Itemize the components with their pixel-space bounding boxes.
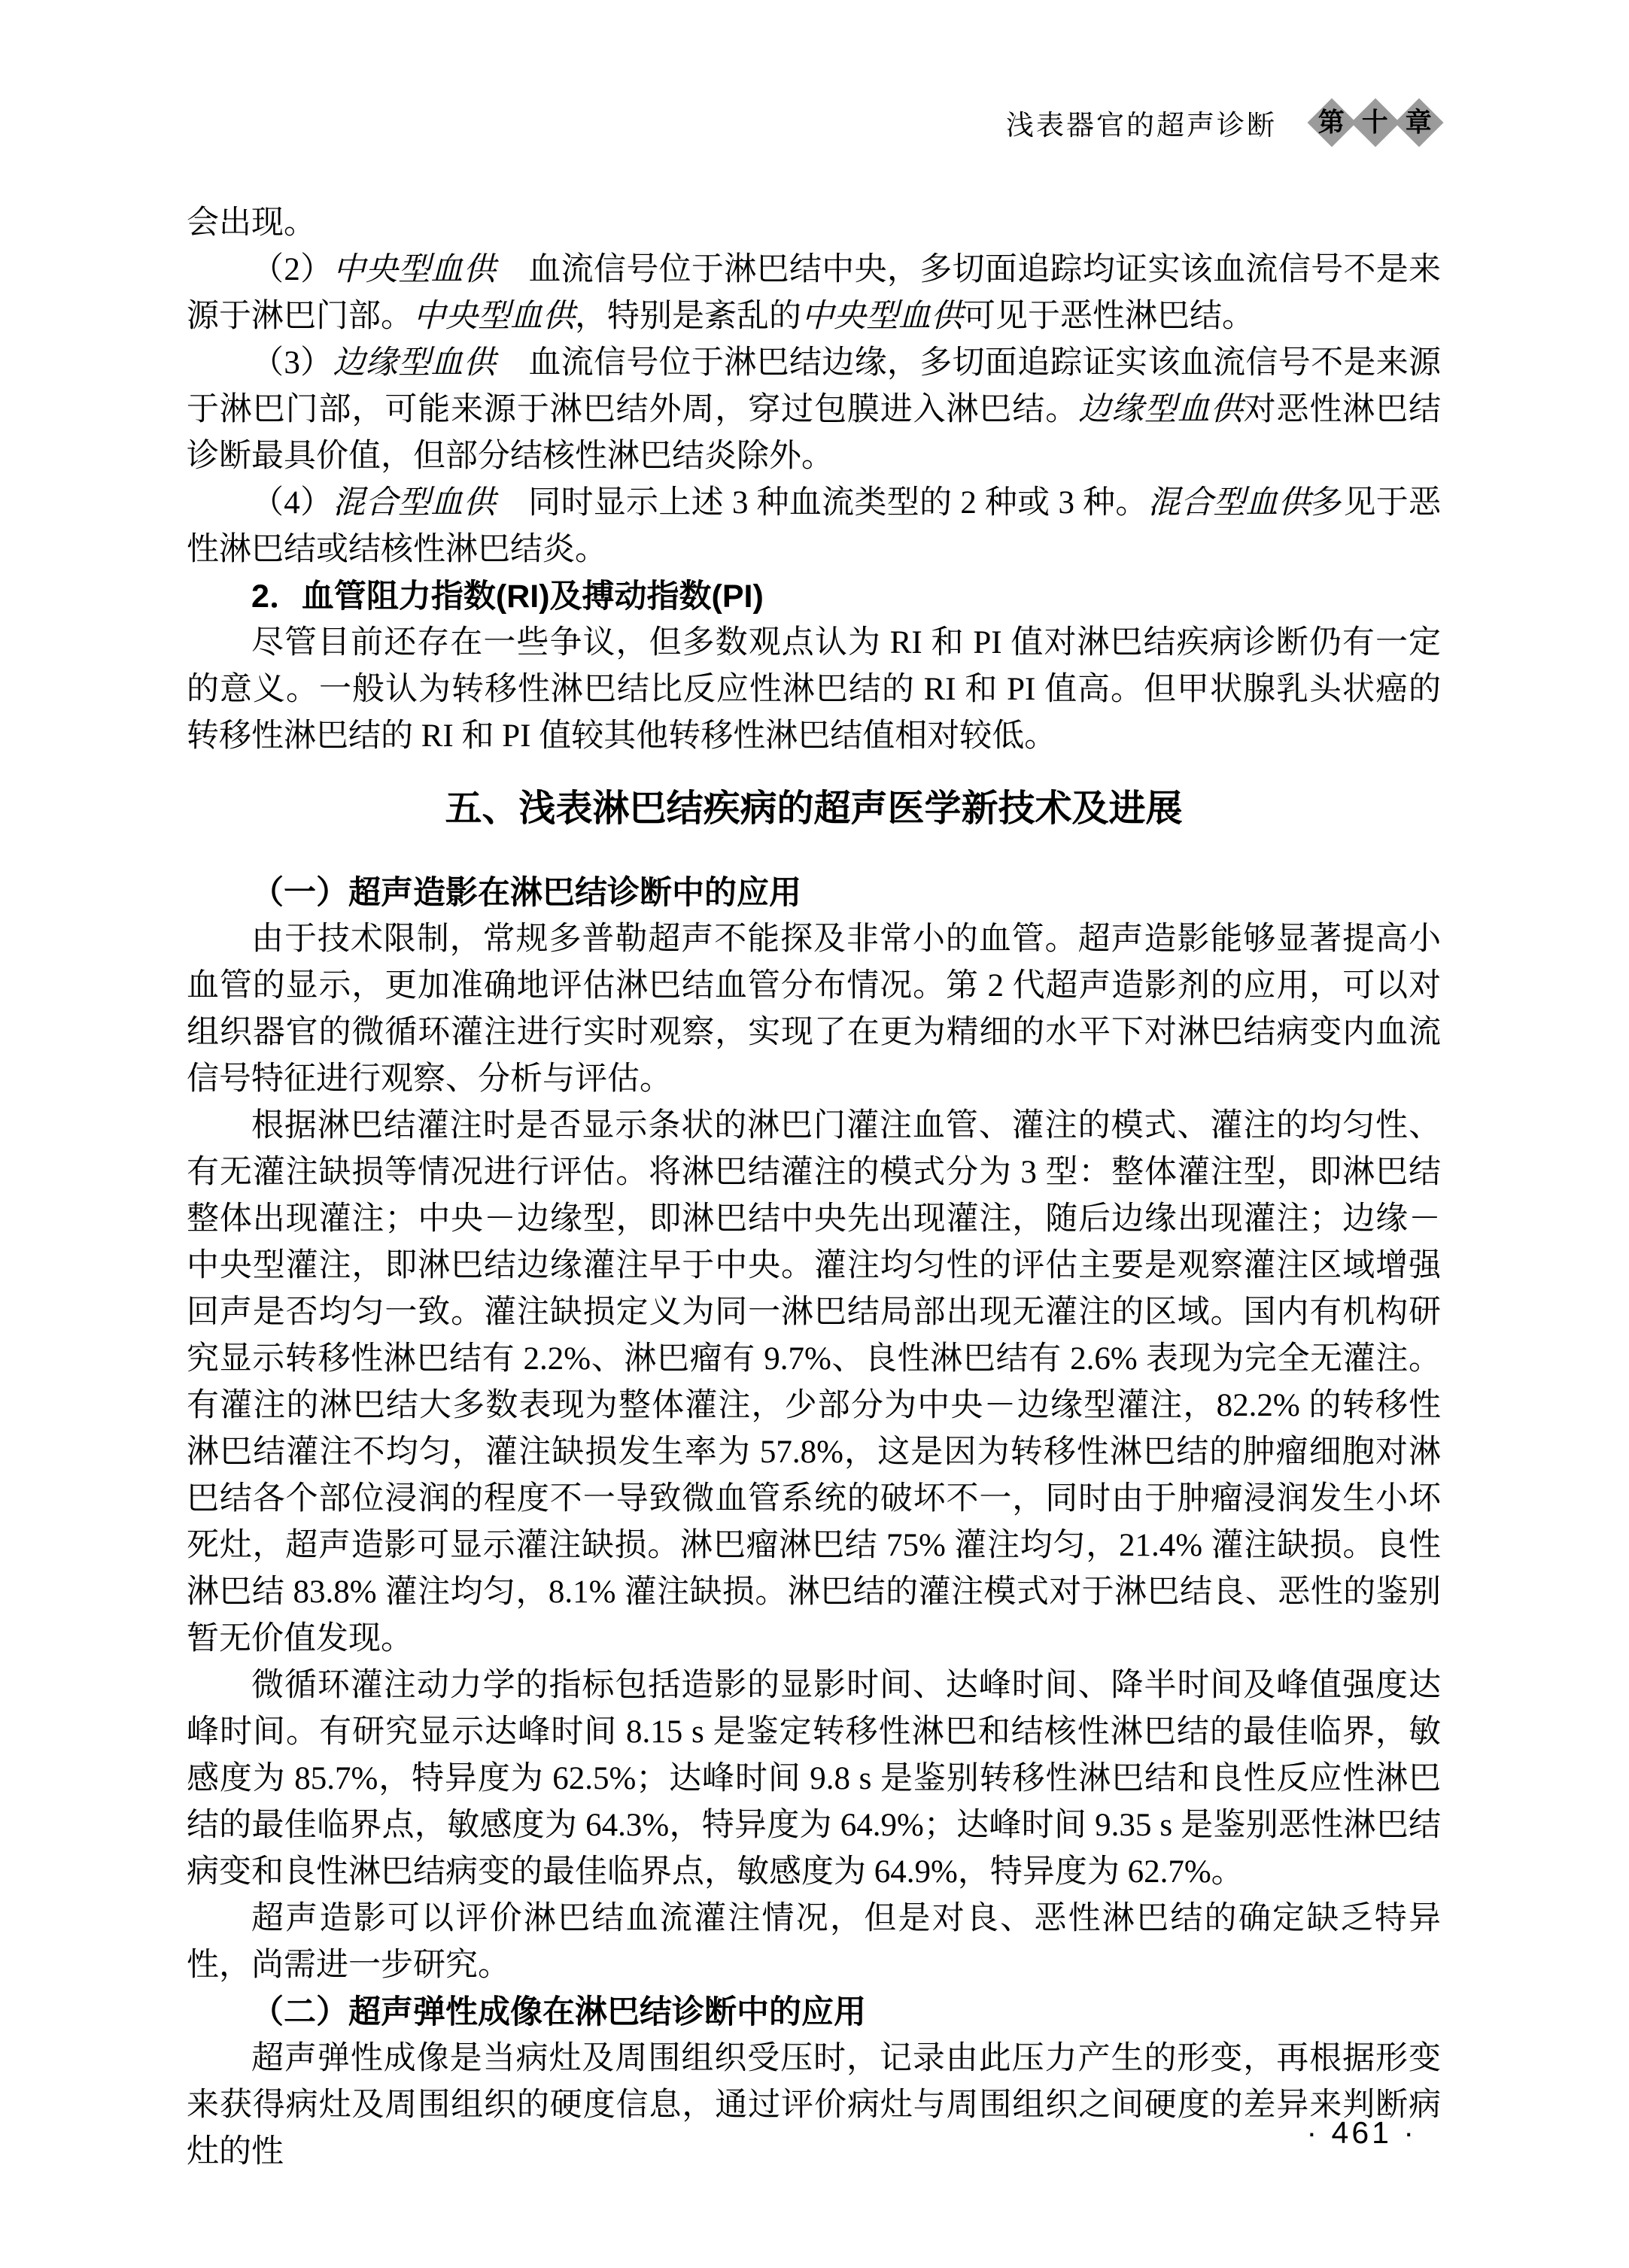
term-kaiti: 中央型血供 — [413, 299, 575, 334]
book-page: 浅表器官的超声诊断 第 十 章 会出现。（2）中央型血供 血流信号位于淋巴结中央… — [0, 0, 1629, 2268]
text-run: 由于技术限制，常规多普勒超声不能探及非常小的血管。超声造影能够显著提高小血管的显… — [187, 921, 1441, 1097]
paragraph: （2）中央型血供 血流信号位于淋巴结中央，多切面追踪均证实该血流信号不是来源于淋… — [187, 247, 1441, 340]
term-kaiti: 边缘型血供 — [333, 345, 496, 381]
text-run: 同时显示上述 3 种血流类型的 2 种或 3 种。 — [496, 485, 1148, 521]
chapter-diamond-icon: 第 — [1307, 98, 1356, 147]
text-run: （一）超声造影在淋巴结诊断中的应用 — [251, 875, 801, 911]
chapter-char: 第 — [1318, 109, 1345, 135]
subsection-heading: （一）超声造影在淋巴结诊断中的应用 — [187, 870, 1441, 916]
chapter-diamond-icon: 十 — [1351, 98, 1400, 147]
chapter-char: 章 — [1406, 109, 1432, 135]
running-header: 浅表器官的超声诊断 第 十 章 — [187, 102, 1441, 143]
text-run: 根据淋巴结灌注时是否显示条状的淋巴门灌注血管、灌注的模式、灌注的均匀性、有无灌注… — [187, 1108, 1441, 1656]
text-run: 微循环灌注动力学的指标包括造影的显影时间、达峰时间、降半时间及峰值强度达峰时间。… — [187, 1668, 1441, 1890]
text-run: （4） — [251, 485, 333, 521]
paragraph: 尽管目前还存在一些争议，但多数观点认为 RI 和 PI 值对淋巴结疾病诊断仍有一… — [187, 620, 1441, 760]
section-heading: 五、浅表淋巴结疾病的超声医学新技术及进展 — [187, 782, 1441, 835]
text-run: 可见于恶性淋巴结。 — [963, 299, 1254, 334]
page-number: · 461 · — [1307, 2115, 1418, 2151]
term-kaiti: 边缘型血供 — [1078, 392, 1243, 427]
paragraph: 由于技术限制，常规多普勒超声不能探及非常小的血管。超声造影能够显著提高小血管的显… — [187, 916, 1441, 1103]
text-run: 超声造影可以评价淋巴结血流灌注情况，但是对良、恶性淋巴结的确定缺乏特异性，尚需进… — [187, 1901, 1441, 1983]
chapter-char: 十 — [1362, 109, 1388, 135]
text-run: 2．血管阻力指数(RI)及搏动指数(PI) — [251, 578, 764, 615]
text-run: ，特别是紊乱的 — [575, 299, 801, 334]
text-run: 会出现。 — [187, 205, 316, 241]
paragraph: 会出现。 — [187, 200, 1441, 247]
paragraph: （3）边缘型血供 血流信号位于淋巴结边缘，多切面追踪证实该血流信号不是来源于淋巴… — [187, 340, 1441, 480]
content-blocks: 会出现。（2）中央型血供 血流信号位于淋巴结中央，多切面追踪均证实该血流信号不是… — [187, 200, 1441, 2175]
term-kaiti: 中央型血供 — [333, 252, 496, 287]
term-kaiti: 混合型血供 — [1148, 485, 1311, 521]
text-run: （3） — [251, 345, 333, 381]
text-run: 五、浅表淋巴结疾病的超声医学新技术及进展 — [445, 788, 1182, 829]
text-run: （二）超声弹性成像在淋巴结诊断中的应用 — [251, 1994, 866, 2030]
running-title: 浅表器官的超声诊断 — [1006, 102, 1277, 143]
term-kaiti: 混合型血供 — [333, 485, 495, 521]
chapter-badge: 第 十 章 — [1310, 105, 1441, 140]
paragraph: 根据淋巴结灌注时是否显示条状的淋巴门灌注血管、灌注的模式、灌注的均匀性、有无灌注… — [187, 1103, 1441, 1662]
paragraph: 超声造影可以评价淋巴结血流灌注情况，但是对良、恶性淋巴结的确定缺乏特异性，尚需进… — [187, 1896, 1441, 1989]
page-footer: · 461 · — [187, 2115, 1441, 2151]
text-run: （2） — [251, 252, 333, 287]
subsection-heading: （二）超声弹性成像在淋巴结诊断中的应用 — [187, 1989, 1441, 2036]
text-run: 尽管目前还存在一些争议，但多数观点认为 RI 和 PI 值对淋巴结疾病诊断仍有一… — [187, 625, 1441, 754]
numbered-heading: 2．血管阻力指数(RI)及搏动指数(PI) — [187, 573, 1441, 620]
paragraph: 微循环灌注动力学的指标包括造影的显影时间、达峰时间、降半时间及峰值强度达峰时间。… — [187, 1662, 1441, 1896]
paragraph: 超声弹性成像是当病灶及周围组织受压时，记录由此压力产生的形变，再根据形变来获得病… — [187, 2036, 1441, 2175]
paragraph: （4）混合型血供 同时显示上述 3 种血流类型的 2 种或 3 种。混合型血供多… — [187, 480, 1441, 573]
chapter-diamond-icon: 章 — [1394, 98, 1443, 147]
term-kaiti: 中央型血供 — [801, 299, 963, 334]
